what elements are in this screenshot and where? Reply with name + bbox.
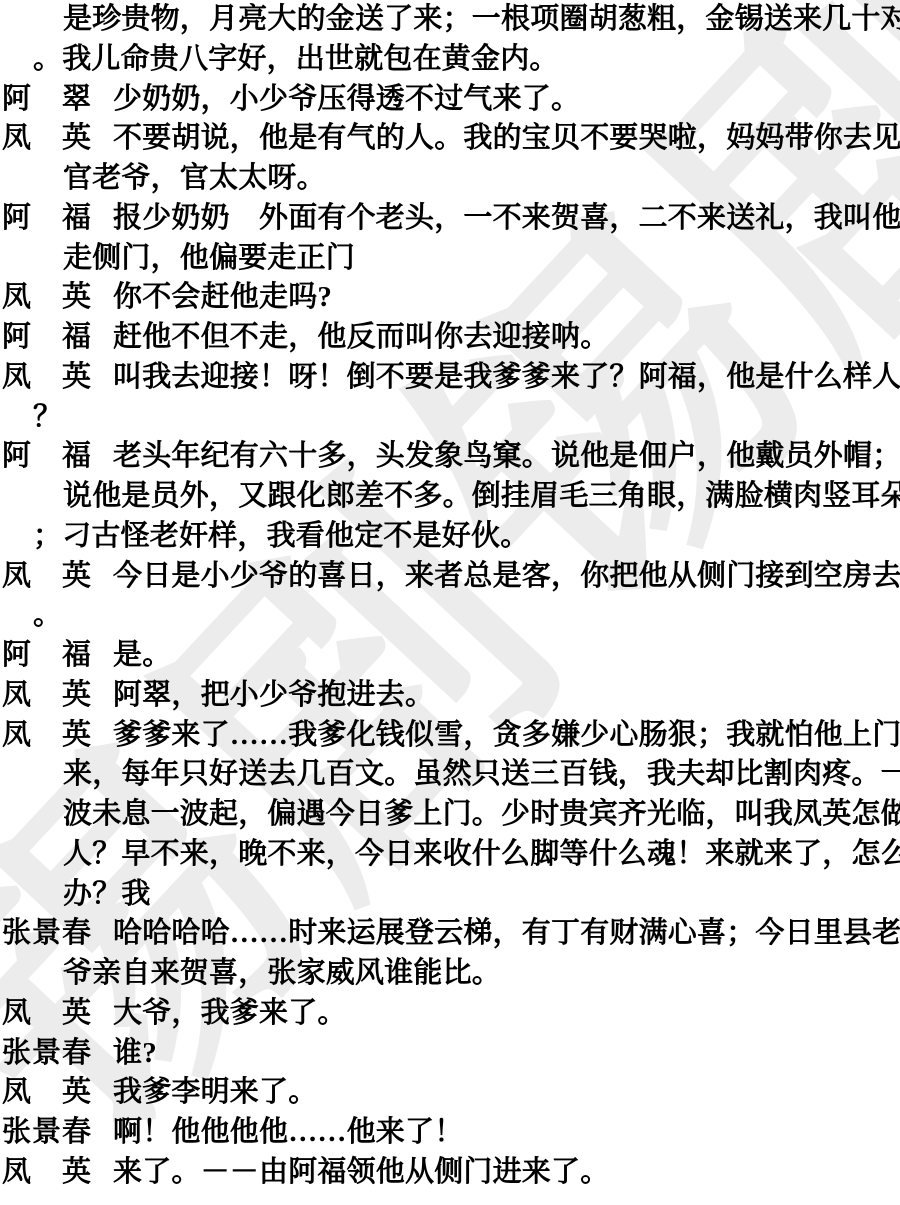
script-line: 官老爷，官太太呀。 <box>0 159 900 199</box>
script-line: 阿 福 赶他不但不走，他反而叫你去迎接呐。 <box>0 318 900 358</box>
script-line: 来，每年只好送去几百文。虽然只送三百钱，我夫却比割肉疼。一 <box>0 755 900 795</box>
speaker-name: 凤 英 <box>2 278 91 318</box>
script-line: 凤 英 不要胡说，他是有气的人。我的宝贝不要哭啦，妈妈带你去见 <box>0 119 900 159</box>
dialogue-text: 来，每年只好送去几百文。虽然只送三百钱，我夫却比割肉疼。一 <box>63 755 900 795</box>
speaker-name: 凤 英 <box>2 557 91 597</box>
script-line: 办？我 <box>0 875 900 915</box>
script-line: 张景春 哈哈哈哈……时来运展登云梯，有丁有财满心喜；今日里县老 <box>0 914 900 954</box>
dialogue-text: 报少奶奶 外面有个老头，一不来贺喜，二不来送礼，我叫他 <box>113 199 900 239</box>
dialogue-text: 走侧门，他偏要走正门 <box>63 239 355 279</box>
speaker-name: 凤 英 <box>2 1073 91 1113</box>
script-line: 张景春 谁? <box>0 1034 900 1074</box>
script-line: 阿 福 是。 <box>0 636 900 676</box>
script-line: 凤 英 来了。－－由阿福领他从侧门进来了。 <box>0 1153 900 1193</box>
dialogue-text: 老头年纪有六十多，头发象鸟窠。说他是佃户，他戴员外帽； <box>113 437 900 477</box>
dialogue-text: 谁? <box>113 1034 157 1074</box>
dialogue-text: 。我儿命贵八字好，出世就包在黄金内。 <box>33 40 559 80</box>
script-line: 走侧门，他偏要走正门 <box>0 239 900 279</box>
dialogue-text: 啊！他他他他……他来了！ <box>113 1113 463 1153</box>
dialogue-text: 哈哈哈哈……时来运展登云梯，有丁有财满心喜；今日里县老 <box>113 914 900 954</box>
speaker-name: 张景春 <box>2 1113 91 1153</box>
script-line: 凤 英 你不会赶他走吗? <box>0 278 900 318</box>
speaker-name: 凤 英 <box>2 1153 91 1193</box>
speaker-name: 阿 福 <box>2 318 91 358</box>
dialogue-text: 人？早不来，晚不来，今日来收什么脚等什么魂！来就来了，怎么 <box>63 835 900 875</box>
script-page: 锡剧锡剧 是珍贵物，月亮大的金送了来；一根项圈胡葱粗，金锡送来几十对 。我儿命贵… <box>0 0 900 1205</box>
dialogue-text: 爷亲自来贺喜，张家威风谁能比。 <box>63 954 501 994</box>
speaker-name: 张景春 <box>2 1034 91 1074</box>
dialogue-text: 大爷，我爹来了。 <box>113 994 347 1034</box>
dialogue-text: 赶他不但不走，他反而叫你去迎接呐。 <box>113 318 609 358</box>
speaker-name: 凤 英 <box>2 358 91 398</box>
script-line: 说他是员外，又跟化郎差不多。倒挂眉毛三角眼，满脸横肉竖耳朵 <box>0 477 900 517</box>
dialogue-text: 来了。－－由阿福领他从侧门进来了。 <box>113 1153 609 1193</box>
speaker-name: 凤 英 <box>2 119 91 159</box>
speaker-name: 凤 英 <box>2 676 91 716</box>
speaker-name: 凤 英 <box>2 994 91 1034</box>
dialogue-text: 办？我 <box>63 875 151 915</box>
dialogue-text: 少奶奶，小少爷压得透不过气来了。 <box>113 80 580 120</box>
script-line: 人？早不来，晚不来，今日来收什么脚等什么魂！来就来了，怎么 <box>0 835 900 875</box>
speaker-name: 张景春 <box>2 914 91 954</box>
dialogue-text: 说他是员外，又跟化郎差不多。倒挂眉毛三角眼，满脸横肉竖耳朵 <box>63 477 900 517</box>
script-line: 。 <box>0 596 900 636</box>
dialogue-text: 你不会赶他走吗? <box>113 278 332 318</box>
dialogue-text: 爹爹来了……我爹化钱似雪，贪多嫌少心肠狠；我就怕他上门 <box>113 716 900 756</box>
speaker-name: 阿 福 <box>2 437 91 477</box>
dialogue-text: 。 <box>33 596 62 636</box>
dialogue-text: ；刁古怪老奸样，我看他定不是好伙。 <box>33 517 529 557</box>
speaker-name: 阿 福 <box>2 199 91 239</box>
script-line: ？ <box>0 398 900 438</box>
dialogue-text: 官老爷，官太太呀。 <box>63 159 326 199</box>
script-line: 。我儿命贵八字好，出世就包在黄金内。 <box>0 40 900 80</box>
script-line: 爷亲自来贺喜，张家威风谁能比。 <box>0 954 900 994</box>
dialogue-text: 是珍贵物，月亮大的金送了来；一根项圈胡葱粗，金锡送来几十对 <box>63 0 900 40</box>
dialogue-text: 今日是小少爷的喜日，来者总是客，你把他从侧门接到空房去 <box>113 557 900 597</box>
script-line: 阿 福 报少奶奶 外面有个老头，一不来贺喜，二不来送礼，我叫他 <box>0 199 900 239</box>
script-line: ；刁古怪老奸样，我看他定不是好伙。 <box>0 517 900 557</box>
speaker-name: 凤 英 <box>2 716 91 756</box>
script-line: 凤 英 今日是小少爷的喜日，来者总是客，你把他从侧门接到空房去 <box>0 557 900 597</box>
script-line: 是珍贵物，月亮大的金送了来；一根项圈胡葱粗，金锡送来几十对 <box>0 0 900 40</box>
dialogue-text: 不要胡说，他是有气的人。我的宝贝不要哭啦，妈妈带你去见 <box>113 119 900 159</box>
dialogue-text: 我爹李明来了。 <box>113 1073 317 1113</box>
script-line: 凤 英 爹爹来了……我爹化钱似雪，贪多嫌少心肠狠；我就怕他上门 <box>0 716 900 756</box>
dialogue-text: 波未息一波起，偏遇今日爹上门。少时贵宾齐光临，叫我凤英怎做 <box>63 795 900 835</box>
script-line: 凤 英 大爷，我爹来了。 <box>0 994 900 1034</box>
dialogue-text: 阿翠，把小少爷抱进去。 <box>113 676 434 716</box>
dialogue-text: 是。 <box>113 636 171 676</box>
speaker-name: 阿 福 <box>2 636 91 676</box>
dialogue-text: ？ <box>33 398 62 438</box>
script-line: 张景春 啊！他他他他……他来了！ <box>0 1113 900 1153</box>
script-line: 凤 英 叫我去迎接！呀！倒不要是我爹爹来了？阿福，他是什么样人 <box>0 358 900 398</box>
script-lines: 是珍贵物，月亮大的金送了来；一根项圈胡葱粗，金锡送来几十对 。我儿命贵八字好，出… <box>0 0 900 1193</box>
speaker-name: 阿 翠 <box>2 80 91 120</box>
dialogue-text: 叫我去迎接！呀！倒不要是我爹爹来了？阿福，他是什么样人 <box>113 358 900 398</box>
script-line: 阿 福 老头年纪有六十多，头发象鸟窠。说他是佃户，他戴员外帽； <box>0 437 900 477</box>
script-line: 凤 英 我爹李明来了。 <box>0 1073 900 1113</box>
script-line: 波未息一波起，偏遇今日爹上门。少时贵宾齐光临，叫我凤英怎做 <box>0 795 900 835</box>
script-line: 阿 翠 少奶奶，小少爷压得透不过气来了。 <box>0 80 900 120</box>
script-line: 凤 英 阿翠，把小少爷抱进去。 <box>0 676 900 716</box>
